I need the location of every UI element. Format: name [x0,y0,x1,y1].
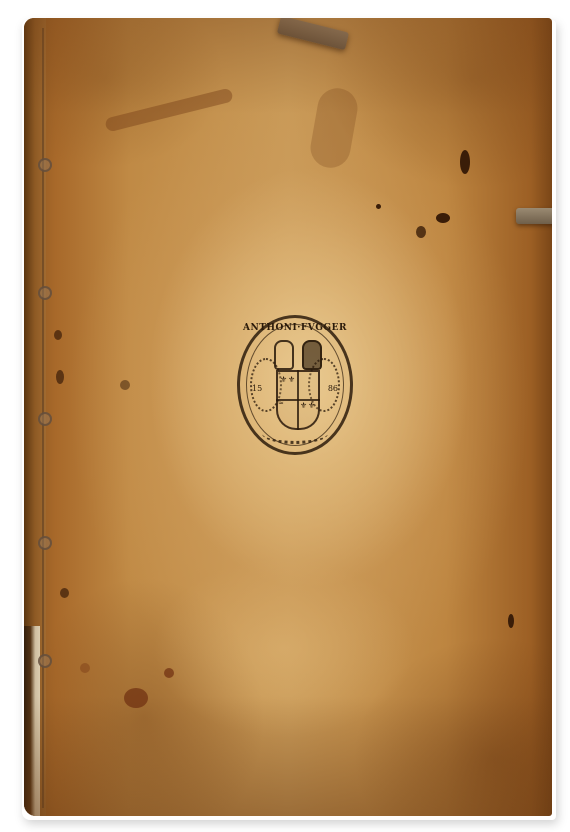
armorial-stamp: ANTHONI·FVGGER ⚜ ⚜ ⚜ ⚜ ≈ 15 86 [237,315,353,455]
fleur-de-lis-icon: ⚜ [288,376,295,384]
book-cover: ANTHONI·FVGGER ⚜ ⚜ ⚜ ⚜ ≈ 15 86 [24,18,552,816]
fleur-de-lis-icon: ⚜ [300,402,307,410]
wavy-bars-icon: ≈ [278,400,296,407]
stamp-year-left: 15 [252,384,262,393]
stamp-year-right: 86 [328,384,338,393]
stamp-legend: ANTHONI·FVGGER [240,323,350,333]
laurel-wreath-icon [262,423,328,444]
fleur-de-lis-icon: ⚜ [280,376,287,384]
fleur-de-lis-icon: ⚜ [308,402,315,410]
